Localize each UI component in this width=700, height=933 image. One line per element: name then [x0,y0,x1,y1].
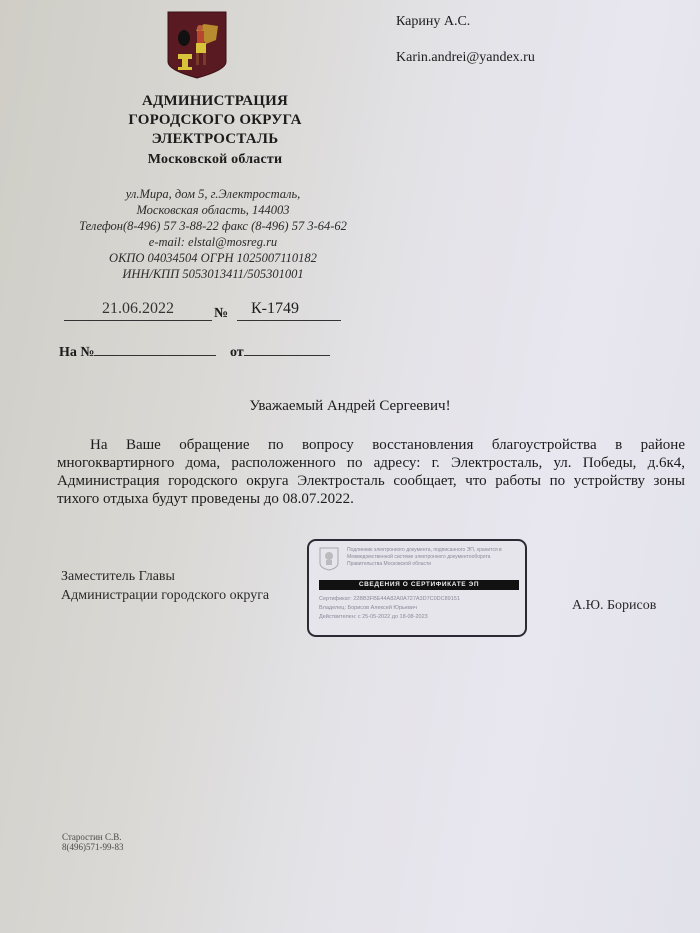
signer-position: Заместитель Главы Администрации городско… [61,567,269,605]
recipient-email: Karin.andrei@yandex.ru [396,50,535,66]
recipient-block: Карину А.С. Karin.andrei@yandex.ru [396,14,535,86]
executor-name: Старостин С.В. [62,832,124,842]
org-line: ГОРОДСКОГО ОКРУГА [95,111,335,130]
registration-date: 21.06.2022 [64,300,212,321]
address-line: Московская область, 144003 [48,202,378,218]
from-date-blank [244,343,330,356]
from-label: от [230,345,244,360]
org-line: ЭЛЕКТРОСТАЛЬ [95,130,335,149]
stamp-validity: Действителен: с 25-05-2022 до 18-08-2023 [319,613,519,622]
letter-body: На Ваше обращение по вопросу восстановле… [57,436,685,508]
org-line: АДМИНИСТРАЦИЯ [95,92,335,111]
stamp-certificate: Сертификат: 22BB3FBE44A82A0A727A3D7C0DC8… [319,595,519,604]
reply-to-number-blank [94,343,216,356]
okpo-ogrn-line: ОКПО 04034504 ОГРН 1025007110182 [48,250,378,266]
stamp-details: Сертификат: 22BB3FBE44A82A0A727A3D7C0DC8… [319,595,519,622]
phone-fax-line: Телефон(8-496) 57 3-88-22 факс (8-496) 5… [48,218,378,234]
reference-row: На № от [59,343,330,361]
e-signature-stamp: Подлинник электронного документа, подпис… [307,539,527,637]
signer-position-line: Администрации городского округа [61,586,269,605]
stamp-note: Подлинник электронного документа, подпис… [347,547,523,568]
signer-name: А.Ю. Борисов [572,598,656,614]
letter-body-paragraph: На Ваше обращение по вопросу восстановле… [57,436,685,508]
organization-name: АДМИНИСТРАЦИЯ ГОРОДСКОГО ОКРУГА ЭЛЕКТРОС… [95,92,335,169]
executor-block: Старостин С.В. 8(496)571-99-83 [62,832,124,852]
number-sign: № [214,306,228,322]
recipient-name: Карину А.С. [396,14,535,30]
org-region: Московской области [95,150,335,169]
stamp-owner: Владелец: Борисов Алексей Юрьевич [319,604,519,613]
signer-position-line: Заместитель Главы [61,567,269,586]
letter-greeting: Уважаемый Андрей Сергеевич! [0,398,700,415]
address-line: ул.Мира, дом 5, г.Электросталь, [48,186,378,202]
inn-kpp-line: ИНН/КПП 5053013411/505301001 [48,266,378,282]
registration-number: К-1749 [237,300,341,321]
coat-of-arms-icon [166,10,228,80]
executor-phone: 8(496)571-99-83 [62,842,124,852]
stamp-title: СВЕДЕНИЯ О СЕРТИФИКАТЕ ЭП [319,580,519,590]
reply-to-label: На № [59,345,94,360]
moscow-region-emblem-icon [319,547,339,571]
org-contact-details: ул.Мира, дом 5, г.Электросталь, Московск… [48,186,378,282]
coat-of-arms-emblem [166,10,228,80]
org-email-line: e-mail: elstal@mosreg.ru [48,234,378,250]
